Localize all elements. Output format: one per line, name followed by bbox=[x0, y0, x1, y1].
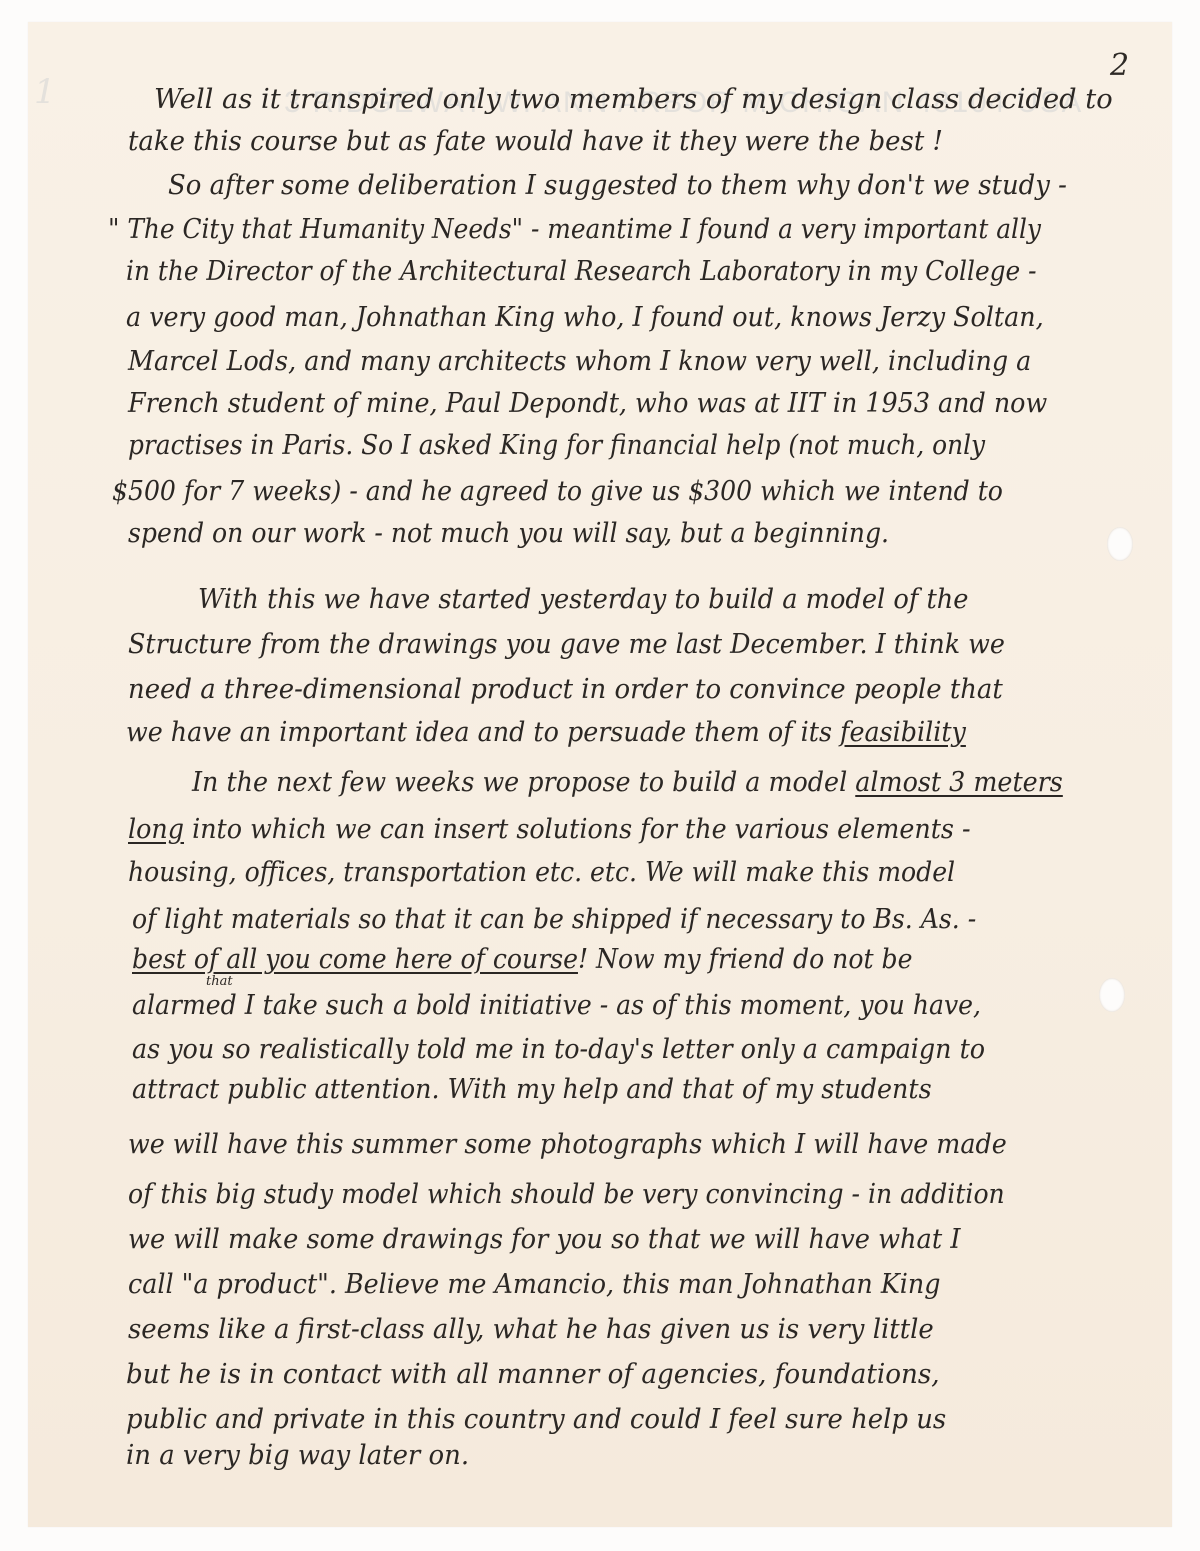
underlined-text: almost 3 meters bbox=[855, 767, 1063, 798]
text-line: So after some deliberation I suggested t… bbox=[168, 170, 1067, 202]
inserted-word: that bbox=[206, 974, 233, 989]
text-line: of light materials so that it can be shi… bbox=[132, 904, 976, 936]
text-line: we will have this summer some photograph… bbox=[128, 1129, 1007, 1161]
text-line: in the Director of the Architectural Res… bbox=[126, 256, 1037, 288]
text-segment: In the next few weeks we propose to buil… bbox=[192, 767, 855, 798]
text-line: we will make some drawings for you so th… bbox=[128, 1224, 960, 1256]
text-line: take this course but as fate would have … bbox=[128, 126, 943, 158]
text-line: in a very big way later on. bbox=[126, 1440, 469, 1472]
text-line: alarmed I take such a bold initiative - … bbox=[132, 990, 981, 1022]
text-segment: into which we can insert solutions for t… bbox=[184, 814, 971, 845]
punch-hole bbox=[1107, 527, 1133, 561]
text-segment: we have an important idea and to persuad… bbox=[126, 717, 840, 748]
text-line: attract public attention. With my help a… bbox=[132, 1074, 932, 1106]
underlined-text: best of all you come here of course bbox=[132, 944, 578, 975]
text-line: French student of mine, Paul Depondt, wh… bbox=[128, 388, 1047, 420]
text-line: long into which we can insert solutions … bbox=[128, 814, 971, 846]
text-line: but he is in contact with all manner of … bbox=[126, 1359, 940, 1391]
text-line: $500 for 7 weeks) - and he agreed to giv… bbox=[112, 476, 1003, 508]
text-line: public and private in this country and c… bbox=[126, 1404, 946, 1436]
text-line: we have an important idea and to persuad… bbox=[126, 717, 966, 749]
text-line: of this big study model which should be … bbox=[128, 1179, 1005, 1211]
text-line: In the next few weeks we propose to buil… bbox=[192, 767, 1063, 799]
page-number: 2 bbox=[1110, 48, 1129, 83]
text-line: as you so realistically told me in to-da… bbox=[132, 1034, 985, 1066]
text-line: a very good man, Johnathan King who, I f… bbox=[126, 302, 1044, 334]
underlined-text: feasibility bbox=[840, 717, 966, 748]
text-line: practises in Paris. So I asked King for … bbox=[128, 430, 985, 462]
text-line: With this we have started yesterday to b… bbox=[198, 584, 968, 616]
show-through-page-number: 1 bbox=[34, 72, 58, 112]
underlined-text: long bbox=[128, 814, 184, 845]
text-line: seems like a first-class ally, what he h… bbox=[128, 1314, 934, 1346]
punch-hole bbox=[1099, 978, 1125, 1012]
text-line: need a three-dimensional product in orde… bbox=[128, 674, 1003, 706]
text-line: Structure from the drawings you gave me … bbox=[128, 629, 1005, 661]
text-line: spend on our work - not much you will sa… bbox=[128, 518, 889, 550]
text-line: housing, offices, transportation etc. et… bbox=[128, 857, 955, 889]
text-line: Marcel Lods, and many architects whom I … bbox=[128, 346, 1031, 378]
text-line: call "a product". Believe me Amancio, th… bbox=[128, 1269, 941, 1301]
text-line: Well as it transpired only two members o… bbox=[154, 84, 1113, 116]
text-segment: ! Now my friend do not be bbox=[578, 944, 913, 975]
text-line: best of all you come here of course! Now… bbox=[132, 944, 912, 976]
letter-page: 3 RIDGEWAY W. ANN ARBOR MICHIGAN 48104 U… bbox=[28, 22, 1172, 1527]
text-line: " The City that Humanity Needs" - meanti… bbox=[108, 214, 1041, 246]
